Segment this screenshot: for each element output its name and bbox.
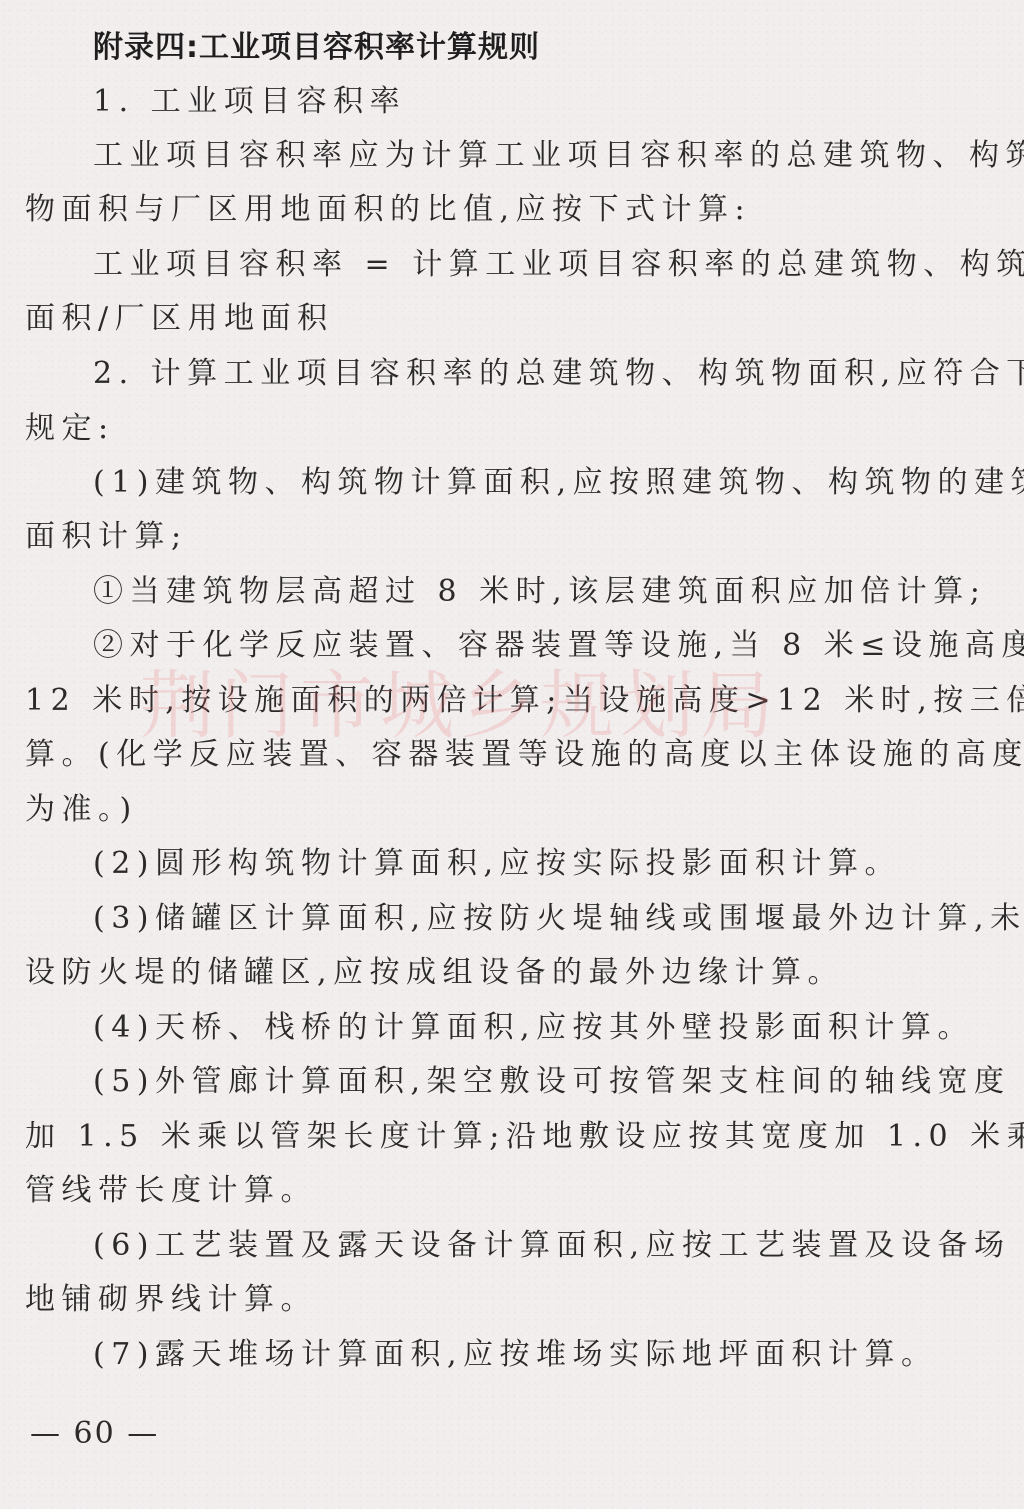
text-line: 1. 工业项目容积率: [93, 84, 406, 120]
text-line: (2)圆形构筑物计算面积,应按实际投影面积计算。: [93, 846, 901, 882]
text-line: ①当建筑物层高超过 8 米时,该层建筑面积应加倍计算;: [93, 574, 986, 610]
text-line: 为准。): [25, 792, 138, 828]
text-line: 物面积与厂区用地面积的比值,应按下式计算:: [25, 192, 751, 228]
text-line: 工业项目容积率 = 计算工业项目容积率的总建筑物、构筑物: [93, 247, 1024, 283]
text-line: 管线带长度计算。: [25, 1173, 317, 1209]
text-line: 设防火堤的储罐区,应按成组设备的最外边缘计算。: [25, 955, 844, 991]
document-page: 附录四:工业项目容积率计算规则 1. 工业项目容积率工业项目容积率应为计算工业项…: [0, 0, 1024, 1509]
text-line: 算。(化学反应装置、容器装置等设施的高度以主体设施的高度: [25, 737, 1024, 773]
text-line: 规定:: [25, 411, 115, 447]
text-line: (1)建筑物、构筑物计算面积,应按照建筑物、构筑物的建筑: [93, 465, 1024, 501]
text-line: 地铺砌界线计算。: [25, 1282, 317, 1318]
text-line: 12 米时,按设施面积的两倍计算;当设施高度>12 米时,按三倍计: [25, 683, 1024, 719]
page-number: — 60 —: [30, 1416, 159, 1451]
text-line: 2. 计算工业项目容积率的总建筑物、构筑物面积,应符合下列: [93, 356, 1024, 392]
text-line: (6)工艺装置及露天设备计算面积,应按工艺装置及设备场: [93, 1228, 1011, 1264]
text-line: ②对于化学反应装置、容器装置等设施,当 8 米≤设施高度≤: [93, 628, 1024, 664]
text-line: 工业项目容积率应为计算工业项目容积率的总建筑物、构筑: [93, 138, 1024, 174]
text-line: 加 1.5 米乘以管架长度计算;沿地敷设应按其宽度加 1.0 米乘以: [25, 1119, 1024, 1155]
text-line: (4)天桥、栈桥的计算面积,应按其外壁投影面积计算。: [93, 1010, 974, 1046]
page-title: 附录四:工业项目容积率计算规则: [93, 30, 540, 66]
text-line: 面积计算;: [25, 519, 188, 555]
text-line: (7)露天堆场计算面积,应按堆场实际地坪面积计算。: [93, 1337, 938, 1373]
text-line: (5)外管廊计算面积,架空敷设可按管架支柱间的轴线宽度: [93, 1064, 1011, 1100]
text-line: (3)储罐区计算面积,应按防火堤轴线或围堰最外边计算,未: [93, 901, 1024, 937]
text-line: 面积/厂区用地面积: [25, 301, 334, 337]
